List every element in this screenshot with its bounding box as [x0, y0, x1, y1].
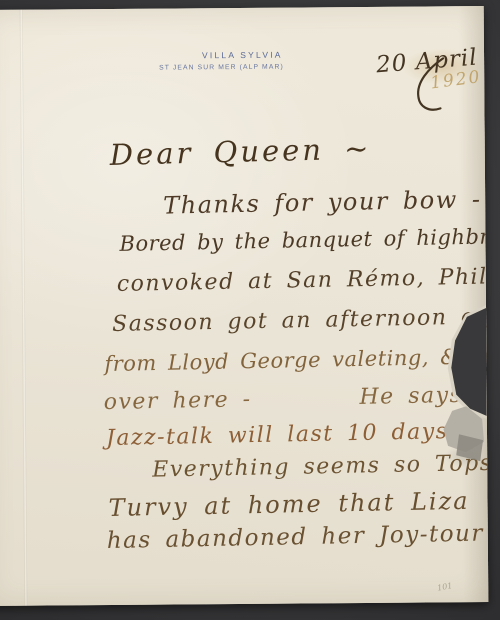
handwritten-line: Everything seems so Topsy — [152, 451, 488, 484]
handwritten-line: convoked at San Rémo, Philip — [117, 264, 489, 298]
letterhead-villa-name: VILLA SYLVIA — [202, 50, 283, 61]
handwritten-line: from Lloyd George valeting, & spun — [104, 344, 488, 378]
page-number-annotation: 101 — [437, 581, 454, 593]
letter-paper: VILLA SYLVIA ST JEAN SUR MER (ALP MAR) 2… — [0, 6, 488, 606]
handwritten-line: Turvy at home that Liza — [108, 487, 470, 523]
handwritten-line: has abandoned her Joy-tour — [107, 520, 485, 555]
handwritten-line: Jazz-talk will last 10 days — [106, 419, 449, 452]
handwritten-line: Thanks for your bow - — [163, 185, 482, 220]
fold-crease — [20, 10, 28, 606]
handwritten-line-salutation: Dear Queen ~ — [109, 131, 372, 172]
letterhead-address: ST JEAN SUR MER (ALP MAR) — [159, 64, 284, 72]
handwritten-line: over here - He says the — [103, 382, 488, 417]
handwritten-line: Sassoon got an afternoon off — [112, 304, 488, 338]
handwritten-line: Bored by the banquet of highbrows — [119, 224, 488, 257]
photo-mat: { "letterhead": { "line1": "VILLA SYLVIA… — [0, 0, 500, 620]
